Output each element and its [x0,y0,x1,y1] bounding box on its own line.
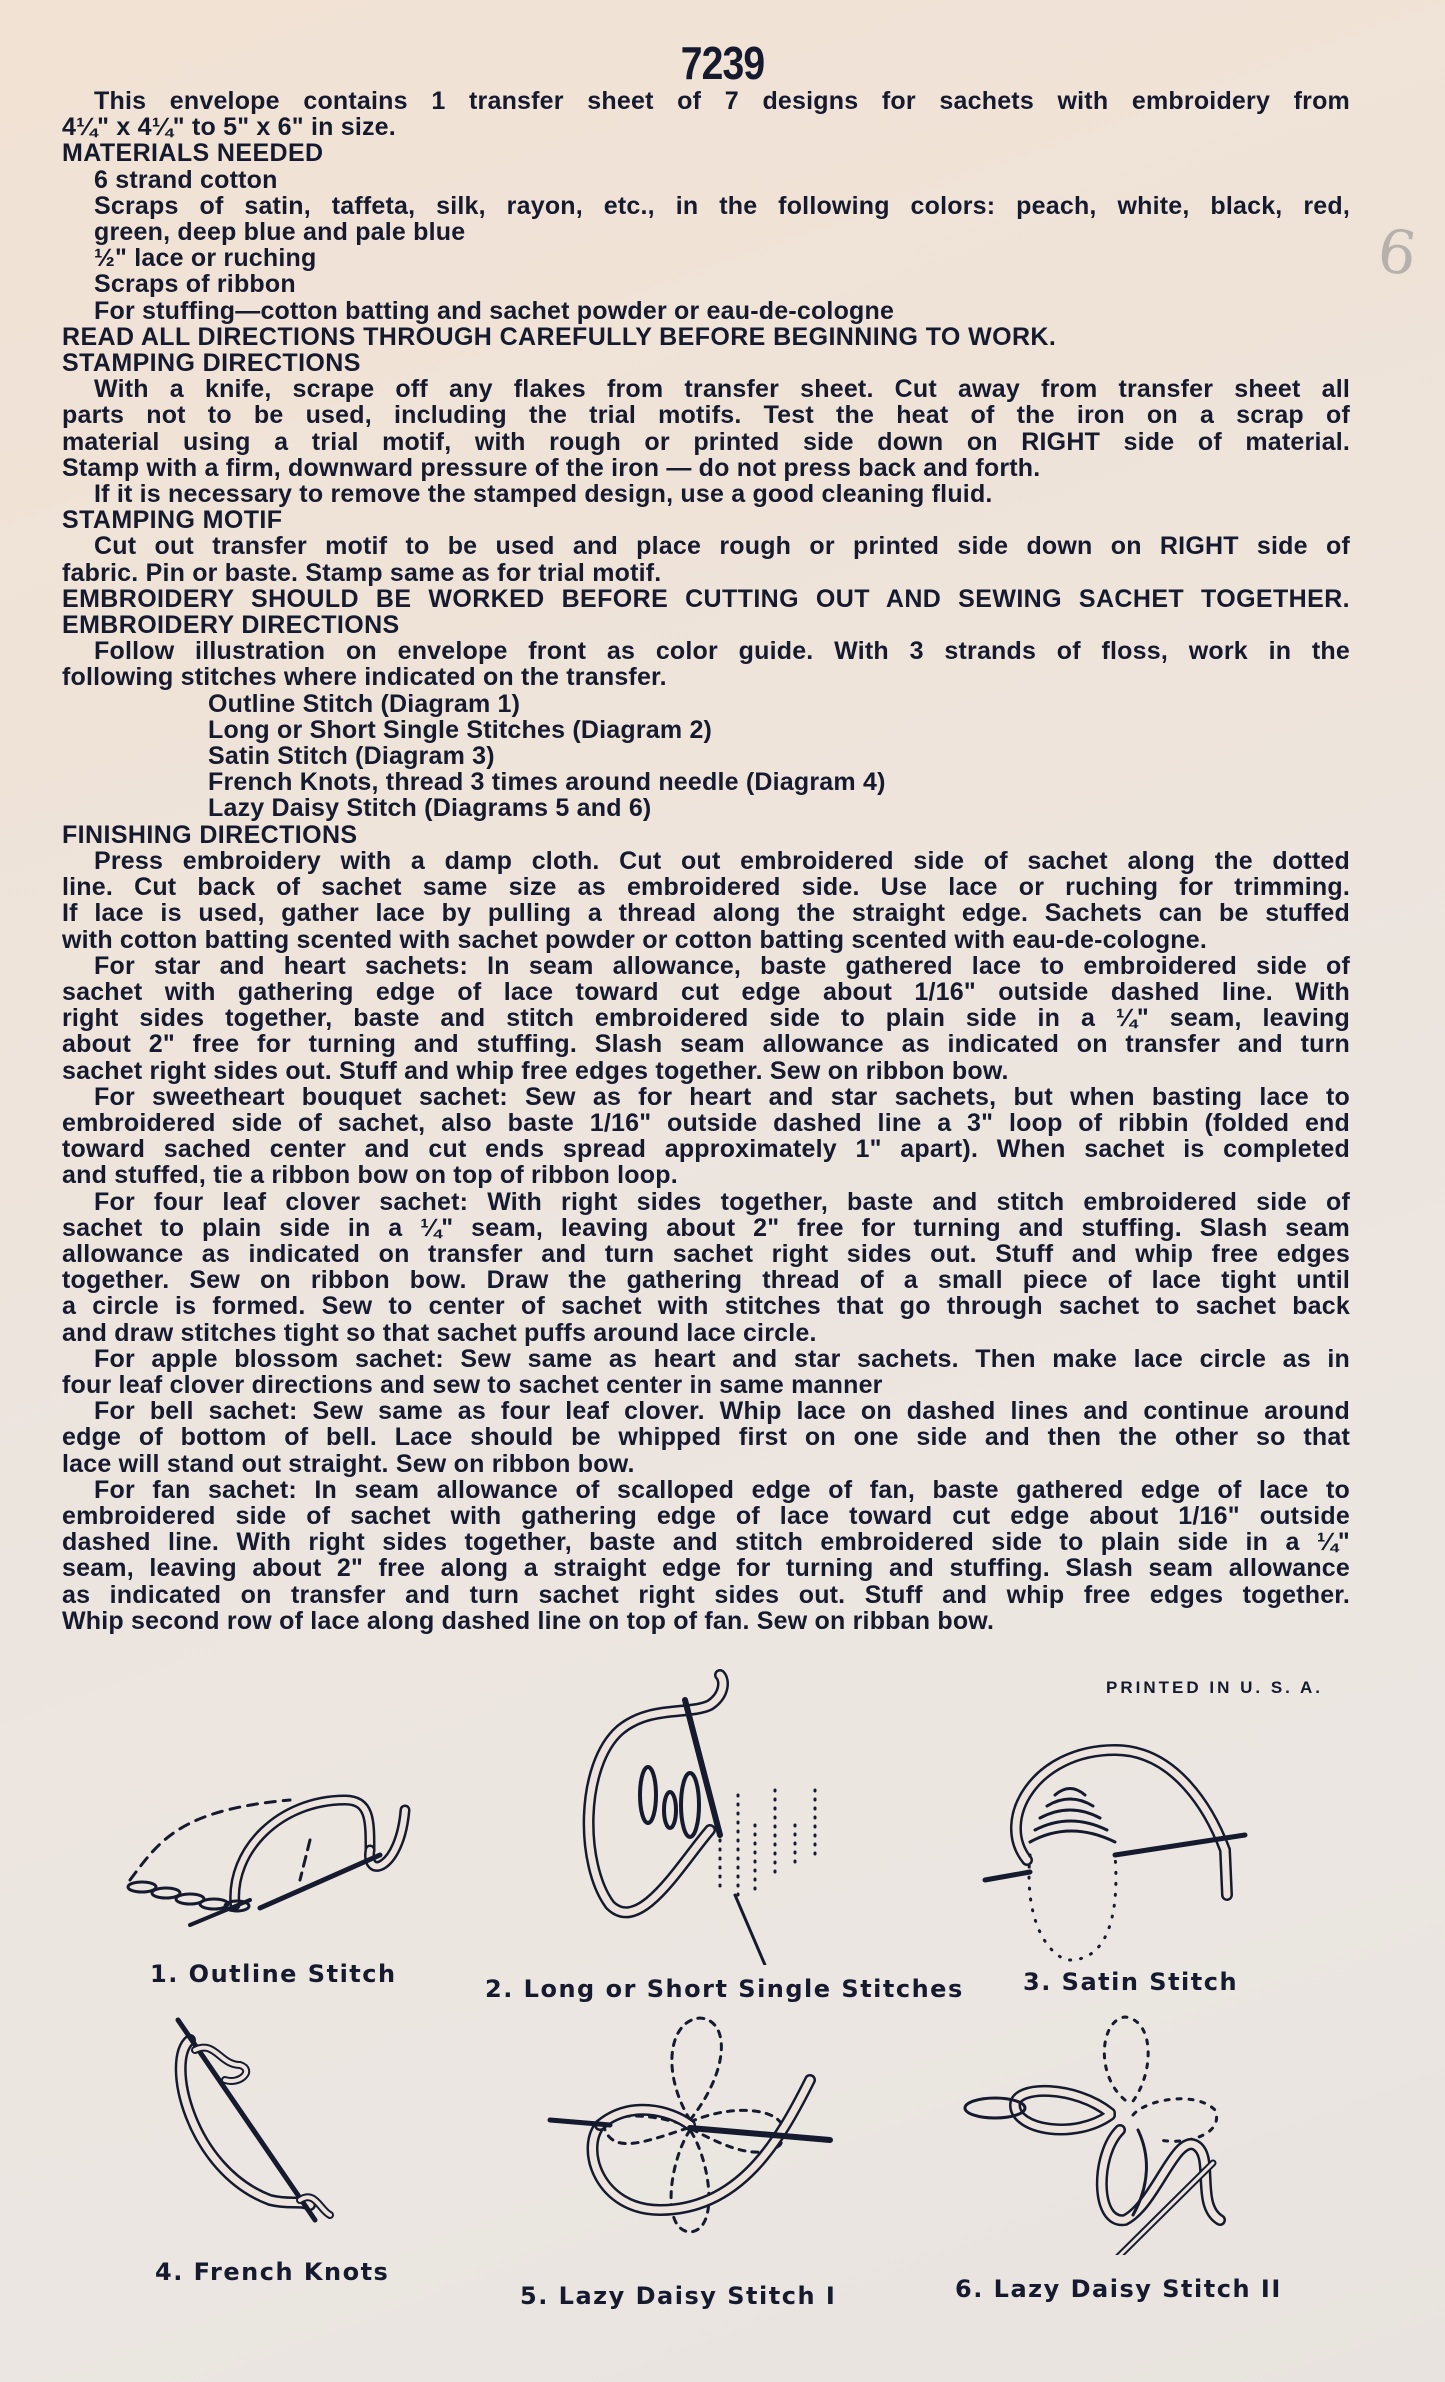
intro-line: 4¼" x 4¼" to 5" x 6" in size. [62,114,1350,140]
paragraph-line: For bell sachet: Sew same as four leaf c… [62,1398,1350,1424]
diagram-caption: 4. French Knots [155,2258,389,2286]
diagram-caption: 2. Long or Short Single Stitches [485,1975,964,2003]
paragraph-line: fabric. Pin or baste. Stamp same as for … [62,560,1350,586]
diagram-caption: 5. Lazy Daisy Stitch I [520,2282,836,2310]
finishing-directions-heading: FINISHING DIRECTIONS [62,822,1350,848]
paragraph-line: Whip second row of lace along dashed lin… [62,1608,1350,1634]
paragraph-line: With a knife, scrape off any flakes from… [62,376,1350,402]
paragraph-line: lace will stand out straight. Sew on rib… [62,1451,1350,1477]
lazy-daisy-1-diagram-icon [540,2010,840,2250]
stitch-item: Lazy Daisy Stitch (Diagrams 5 and 6) [62,795,1350,821]
paragraph-line: For star and heart sachets: In seam allo… [62,953,1350,979]
paragraph-line: with cotton batting scented with sachet … [62,927,1350,953]
paragraph-line: Follow illustration on envelope front as… [62,638,1350,664]
french-knots-diagram-icon [160,2010,360,2230]
paragraph-line: Press embroidery with a damp cloth. Cut … [62,848,1350,874]
pattern-number: 7239 [108,36,1336,90]
paragraph-line: as indicated on transfer and turn sachet… [62,1582,1350,1608]
material-item: For stuffing—cotton batting and sachet p… [62,298,1350,324]
single-stitches-diagram-icon [560,1665,820,1965]
paragraph-line: and draw stitches tight so that sachet p… [62,1320,1350,1346]
diagram-outline-stitch: 1. Outline Stitch [120,1760,440,1960]
paragraph-line: For fan sachet: In seam allowance of sca… [62,1477,1350,1503]
intro-line: This envelope contains 1 transfer sheet … [62,88,1350,114]
paragraph-line: If it is necessary to remove the stamped… [62,481,1350,507]
paragraph-line: following stitches where indicated on th… [62,664,1350,690]
paragraph-line: parts not to be used, including the tria… [62,402,1350,428]
diagram-caption: 1. Outline Stitch [150,1960,397,1988]
paragraph-line: If lace is used, gather lace by pulling … [62,900,1350,926]
read-all-notice: READ ALL DIRECTIONS THROUGH CAREFULLY BE… [62,324,1350,350]
stamping-motif-heading: STAMPING MOTIF [62,507,1350,533]
paragraph-line: sachet to plain side in a ¼" seam, leavi… [62,1215,1350,1241]
pencil-mark: 6 [1373,216,1421,291]
paragraph-line: line. Cut back of sachet same size as em… [62,874,1350,900]
stitch-item: Long or Short Single Stitches (Diagram 2… [62,717,1350,743]
paragraph-line: Stamp with a firm, downward pressure of … [62,455,1350,481]
lazy-daisy-2-diagram-icon [955,2005,1235,2255]
material-item: ½" lace or ruching [62,245,1350,271]
paragraph-line: four leaf clover directions and sew to s… [62,1372,1350,1398]
diagram-satin-stitch: 3. Satin Stitch [975,1730,1275,1970]
paragraph-line: sachet right sides out. Stuff and whip f… [62,1058,1350,1084]
paragraph-line: allowance as indicated on transfer and t… [62,1241,1350,1267]
diagram-french-knots: 4. French Knots [160,2010,360,2230]
materials-heading: MATERIALS NEEDED [62,140,1350,166]
stitch-item: Outline Stitch (Diagram 1) [62,691,1350,717]
paragraph-line: right sides together, baste and stitch e… [62,1005,1350,1031]
material-item: Scraps of satin, taffeta, silk, rayon, e… [62,193,1350,219]
finishing-paragraphs: Press embroidery with a damp cloth. Cut … [62,848,1350,1634]
paragraph-line: For four leaf clover sachet: With right … [62,1189,1350,1215]
paragraph-line: about 2" free for turning and stuffing. … [62,1031,1350,1057]
paragraph-line: Cut out transfer motif to be used and pl… [62,533,1350,559]
paragraph-line: a circle is formed. Sew to center of sac… [62,1293,1350,1319]
material-item: green, deep blue and pale blue [62,219,1350,245]
paragraph-line: edge of bottom of bell. Lace should be w… [62,1424,1350,1450]
paragraph-line: together. Sew on ribbon bow. Draw the ga… [62,1267,1350,1293]
outline-stitch-diagram-icon [120,1760,440,1960]
instruction-sheet: 6 7239 This envelope contains 1 transfer… [0,0,1445,2382]
paragraph-line: seam, leaving about 2" free along a stra… [62,1555,1350,1581]
satin-stitch-diagram-icon [975,1730,1275,1970]
paragraph-line: and stuffed, tie a ribbon bow on top of … [62,1162,1350,1188]
material-item: 6 strand cotton [62,167,1350,193]
paragraph-line: dashed line. With right sides together, … [62,1529,1350,1555]
stitch-item: French Knots, thread 3 times around need… [62,769,1350,795]
stamping-directions-heading: STAMPING DIRECTIONS [62,350,1350,376]
paragraph-line: For sweetheart bouquet sachet: Sew as fo… [62,1084,1350,1110]
diagram-caption: 6. Lazy Daisy Stitch II [955,2275,1282,2303]
diagram-lazy-daisy-2: 6. Lazy Daisy Stitch II [955,2005,1235,2255]
embroidery-directions-heading: EMBROIDERY DIRECTIONS [62,612,1350,638]
material-item: Scraps of ribbon [62,271,1350,297]
paragraph-line: embroidered side of sachet with gatherin… [62,1503,1350,1529]
diagram-lazy-daisy-1: 5. Lazy Daisy Stitch I [540,2010,840,2250]
paragraph-line: embroidered side of sachet, also baste 1… [62,1110,1350,1136]
instructions-body: This envelope contains 1 transfer sheet … [62,88,1350,1634]
stitch-item: Satin Stitch (Diagram 3) [62,743,1350,769]
diagram-caption: 3. Satin Stitch [1023,1968,1238,1996]
paragraph-line: For apple blossom sachet: Sew same as he… [62,1346,1350,1372]
paragraph-line: toward sached center and cut ends spread… [62,1136,1350,1162]
embroidery-note: EMBROIDERY SHOULD BE WORKED BEFORE CUTTI… [62,586,1350,612]
diagram-single-stitches: 2. Long or Short Single Stitches [560,1665,820,1965]
paragraph-line: sachet with gathering edge of lace towar… [62,979,1350,1005]
printed-in-usa: PRINTED IN U. S. A. [1106,1678,1323,1698]
paragraph-line: material using a trial motif, with rough… [62,429,1350,455]
